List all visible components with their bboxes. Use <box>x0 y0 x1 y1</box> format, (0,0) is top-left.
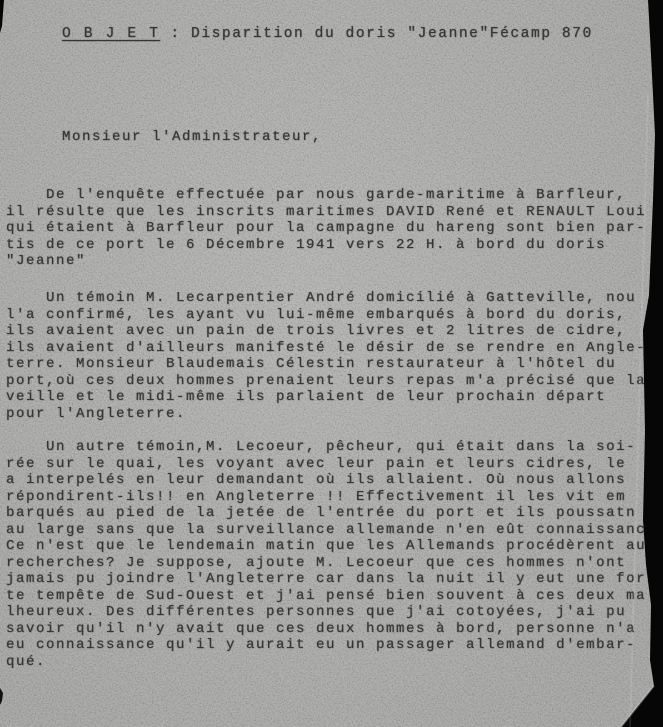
paragraph-temoin-lecarpentier: Un témoin M. Lecarpentier André domicili… <box>6 290 646 422</box>
salutation: Monsieur l'Administrateur, <box>62 129 322 146</box>
paragraph-temoin-lecoeur: Un autre témoin,M. Lecoeur, pêcheur, qui… <box>6 439 646 670</box>
paper-edge-highlight <box>621 686 654 727</box>
scanned-letter-page: O B J E T : Disparition du doris "Jeanne… <box>0 0 663 727</box>
paragraph-enquete: De l'enquête effectuée par nous garde-ma… <box>6 187 646 270</box>
top-left-scan-black <box>0 0 4 33</box>
subject-text: Disparition du doris "Jeanne"Fécamp 870 <box>191 26 593 42</box>
subject-separator: : <box>160 26 191 42</box>
lower-left-scan-black <box>0 688 3 705</box>
subject-label: O B J E T <box>62 26 160 42</box>
subject-line: O B J E T : Disparition du doris "Jeanne… <box>62 26 593 43</box>
